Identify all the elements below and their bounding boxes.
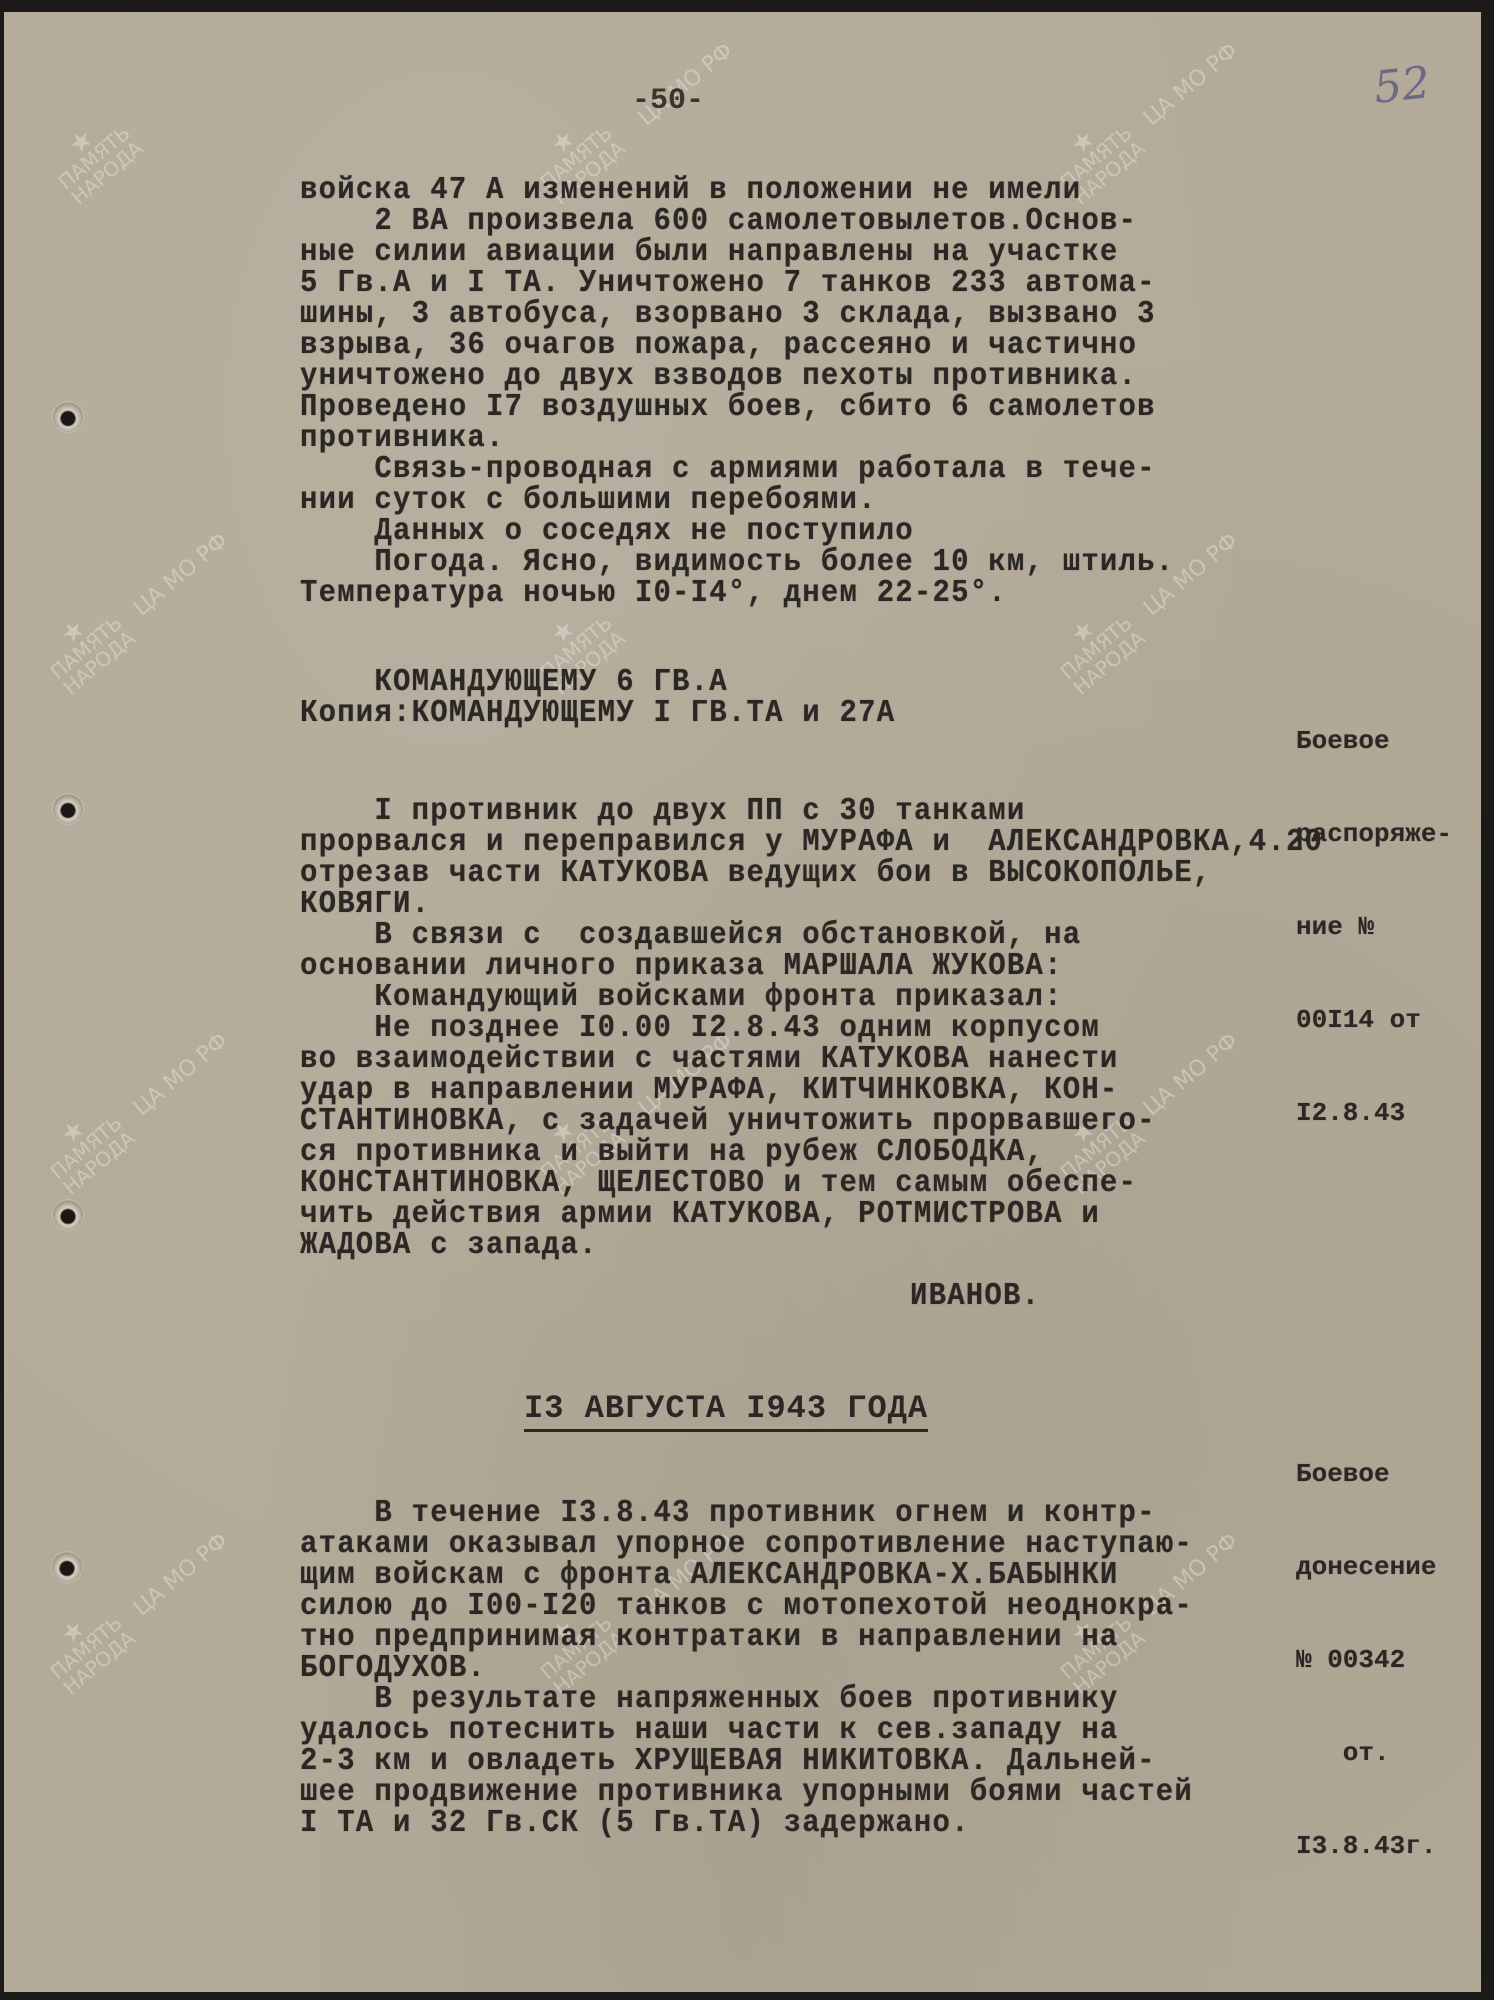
archival-document-page: ★ПАМЯТЬ НАРОДА ★ПАМЯТЬ НАРОДА ★ПАМЯТЬ НА… bbox=[4, 12, 1481, 1992]
order-copy-addressee: Копия:КОМАНДУЮЩЕМУ I ГВ.ТА и 27А bbox=[300, 695, 895, 731]
star-icon: ★ bbox=[42, 107, 121, 178]
margin-note-report-number: Боевое донесение № 00342 от. I3.8.43г. bbox=[1296, 1397, 1436, 1924]
watermark-pamyat-naroda: ★ПАМЯТЬ НАРОДА bbox=[34, 597, 138, 698]
star-icon: ★ bbox=[34, 1097, 113, 1168]
watermark-pamyat-naroda: ★ПАМЯТЬ НАРОДА bbox=[34, 1597, 138, 1698]
punch-hole bbox=[52, 1552, 82, 1582]
text-line: отрезав части КАТУКОВА ведущих бои в ВЫС… bbox=[300, 855, 1212, 891]
watermark-tsamo: ЦА МО РФ bbox=[1139, 38, 1243, 131]
punch-hole bbox=[53, 794, 83, 824]
watermark-tsamo: ЦА МО РФ bbox=[129, 1528, 233, 1621]
typed-page-number: -50- bbox=[632, 84, 704, 118]
star-icon: ★ bbox=[34, 1597, 113, 1668]
star-icon: ★ bbox=[1044, 597, 1123, 668]
margin-note-order-number: Боевое распоряже- ние № 00I14 от I2.8.43 bbox=[1296, 664, 1452, 1191]
date-heading: I3 АВГУСТА I943 ГОДА bbox=[524, 1390, 928, 1432]
text-line: I ТА и 32 Гв.СК (5 Гв.ТА) задержано. bbox=[300, 1805, 970, 1841]
watermark-pamyat-naroda: ★ПАМЯТЬ НАРОДА bbox=[42, 107, 146, 208]
watermark-pamyat-naroda: ★ПАМЯТЬ НАРОДА bbox=[34, 1097, 138, 1198]
watermark-tsamo: ЦА МО РФ bbox=[129, 1028, 233, 1121]
star-icon: ★ bbox=[1044, 107, 1123, 178]
punch-hole bbox=[53, 1200, 83, 1230]
watermark-tsamo: ЦА МО РФ bbox=[129, 528, 233, 621]
star-icon: ★ bbox=[34, 597, 113, 668]
watermark-pamyat-naroda: ★ПАМЯТЬ НАРОДА bbox=[1044, 597, 1148, 698]
text-line: ЖАДОВА с запада. bbox=[300, 1227, 598, 1263]
punch-hole bbox=[53, 402, 83, 432]
handwritten-sheet-number: 52 bbox=[1371, 57, 1432, 114]
star-icon: ★ bbox=[524, 107, 603, 178]
signature: ИВАНОВ. bbox=[910, 1278, 1040, 1314]
text-line: Температура ночью I0-I4°, днем 22-25°. bbox=[300, 575, 1007, 611]
